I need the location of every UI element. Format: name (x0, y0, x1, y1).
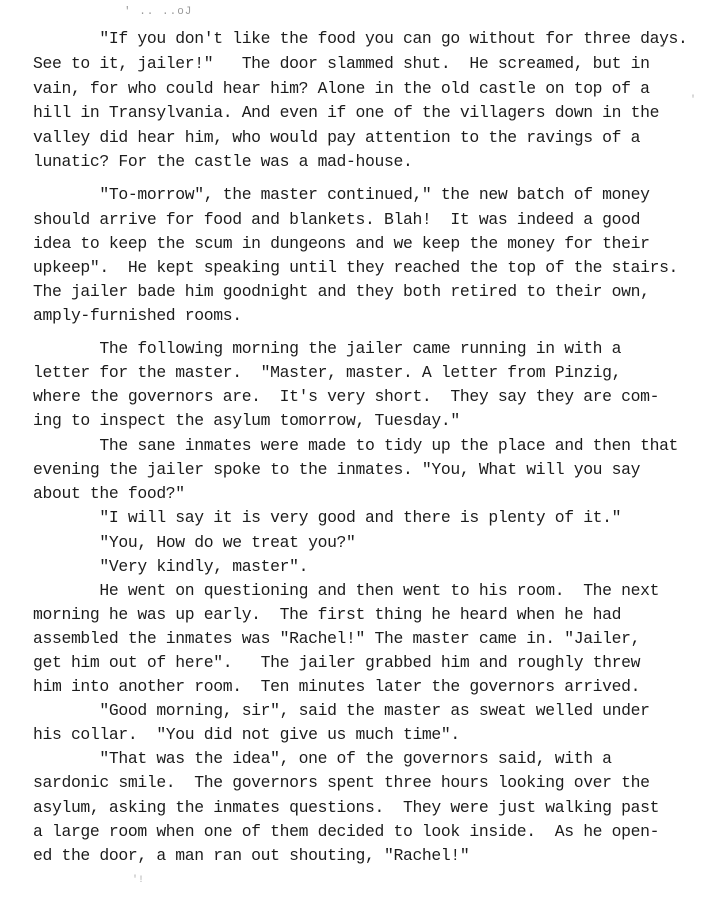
text-line: The sane inmates were made to tidy up th… (33, 437, 678, 455)
text-line: upkeep". He kept speaking until they rea… (33, 259, 678, 277)
text-line: See to it, jailer!" The door slammed shu… (33, 55, 650, 73)
text-line: valley did hear him, who would pay atten… (33, 129, 640, 147)
text-line: letter for the master. "Master, master. … (33, 364, 621, 382)
ink-speck: '! (132, 875, 144, 886)
text-line: asylum, asking the inmates questions. Th… (33, 799, 659, 817)
text-line: "Very kindly, master". (33, 558, 308, 576)
text-line: hill in Transylvania. And even if one of… (33, 104, 659, 122)
ink-speck: ' (690, 95, 696, 106)
text-line: amply-furnished rooms. (33, 307, 242, 325)
text-line: a large room when one of them decided to… (33, 823, 659, 841)
text-line: him into another room. Ten minutes later… (33, 678, 640, 696)
text-line: "If you don't like the food you can go w… (33, 30, 688, 48)
text-line: vain, for who could hear him? Alone in t… (33, 80, 650, 98)
text-line: morning he was up early. The first thing… (33, 606, 621, 624)
text-line: where the governors are. It's very short… (33, 388, 659, 406)
text-line: He went on questioning and then went to … (33, 582, 659, 600)
text-line: should arrive for food and blankets. Bla… (33, 211, 640, 229)
text-line: "Good morning, sir", said the master as … (33, 702, 650, 720)
text-line: ed the door, a man ran out shouting, "Ra… (33, 847, 469, 865)
text-line: get him out of here". The jailer grabbed… (33, 654, 640, 672)
text-line: his collar. "You did not give us much ti… (33, 726, 460, 744)
text-line: The following morning the jailer came ru… (33, 340, 621, 358)
page-header-mark: ' .. ..oJ (124, 6, 192, 18)
text-line: assembled the inmates was "Rachel!" The … (33, 630, 640, 648)
ink-speck: . (660, 40, 666, 51)
text-line: idea to keep the scum in dungeons and we… (33, 235, 650, 253)
text-line: sardonic smile. The governors spent thre… (33, 774, 650, 792)
text-line: "I will say it is very good and there is… (33, 509, 621, 527)
text-line: lunatic? For the castle was a mad-house. (33, 153, 412, 171)
text-line: The jailer bade him goodnight and they b… (33, 283, 650, 301)
text-line: about the food?" (33, 485, 185, 503)
typewritten-page: ' .. ..oJ "If you don't like the food yo… (0, 0, 705, 900)
text-line: "To-morrow", the master continued," the … (33, 186, 650, 204)
text-line: ing to inspect the asylum tomorrow, Tues… (33, 412, 460, 430)
text-line: "That was the idea", one of the governor… (33, 750, 612, 768)
text-line: "You, How do we treat you?" (33, 534, 356, 552)
text-line: evening the jailer spoke to the inmates.… (33, 461, 640, 479)
